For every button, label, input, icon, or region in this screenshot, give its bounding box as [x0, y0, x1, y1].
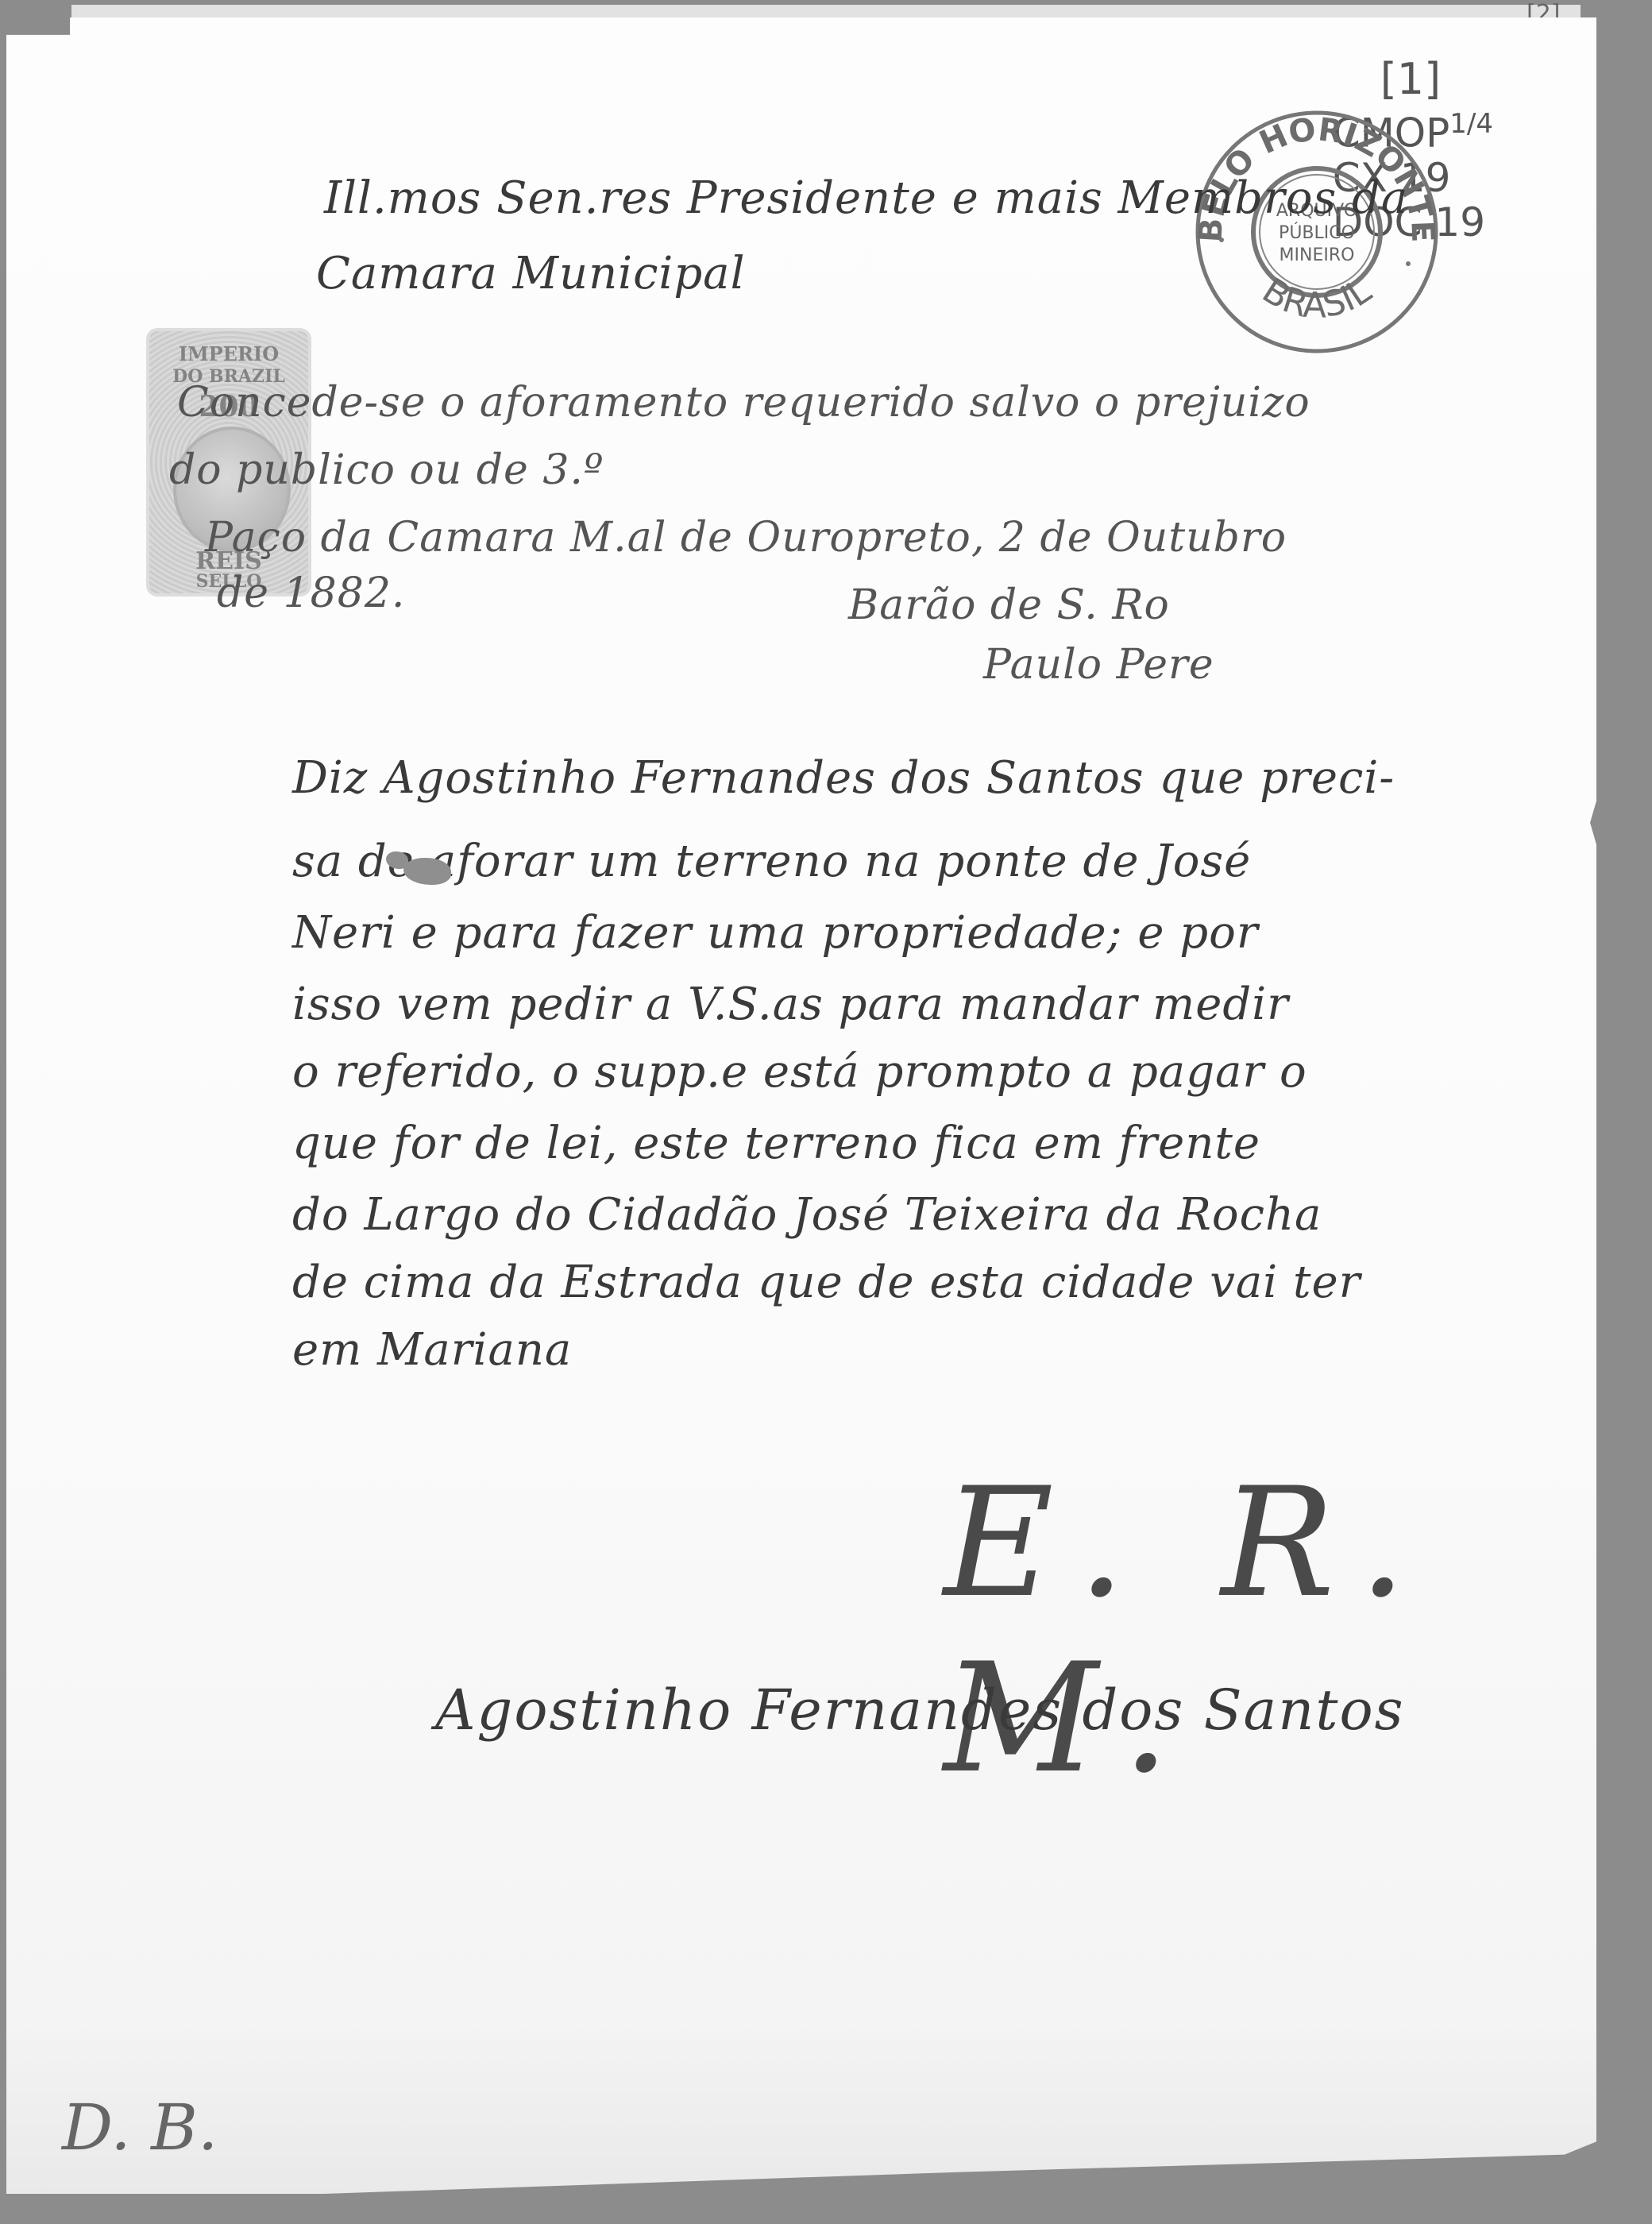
petition-line-6: que for de lei, este terreno fica em fre…	[292, 1118, 1260, 1169]
petition-line-8: de cima da Estrada que de esta cidade va…	[292, 1257, 1361, 1308]
manuscript-page: [1] CMOP1/4 CX 19 DOC 19 BELO HORIZONTE …	[6, 17, 1596, 2194]
dispatch-line-3: Paço da Camara M.al de Ouropreto, 2 de O…	[205, 514, 1287, 562]
dispatch-line-1: Concede-se o aforamento requerido salvo …	[177, 379, 1310, 427]
petition-line-9: em Mariana	[292, 1324, 572, 1376]
archive-seal-stamp: BELO HORIZONTE BRASIL ARQUIVO PÚBLICO MI…	[1190, 105, 1444, 359]
margin-initials: D. B.	[62, 2091, 218, 2164]
petitioner-signature: Agostinho Fernandes dos Santos	[435, 1678, 1405, 1743]
petition-line-4: isso vem pedir a V.S.as para mandar medi…	[292, 979, 1289, 1030]
dispatch-signature-1: Barão de S. Ro	[848, 581, 1170, 629]
dispatch-line-2: do publico ou de 3.º	[169, 446, 604, 494]
ink-stain	[386, 851, 408, 869]
dispatch-line-4: de 1882.	[217, 570, 405, 617]
page-number: [1]	[1380, 57, 1493, 102]
salutation-line-1: Ill.mos Sen.res Presidente e mais Membro…	[324, 172, 1408, 224]
petition-line-1: Diz Agostinho Fernandes dos Santos que p…	[292, 752, 1395, 804]
petition-line-7: do Largo do Cidadão José Teixeira da Roc…	[292, 1189, 1322, 1241]
salutation-line-2: Camara Municipal	[316, 248, 745, 299]
dispatch-signature-2: Paulo Pere	[983, 641, 1214, 689]
seal-icon: BELO HORIZONTE BRASIL ARQUIVO PÚBLICO MI…	[1190, 105, 1444, 359]
svg-text:PÚBLICO: PÚBLICO	[1279, 222, 1355, 243]
closing-monogram: E. R. M.	[944, 1455, 1596, 1806]
petition-line-3: Neri e para fazer uma propriedade; e por	[292, 907, 1259, 959]
petition-line-5: o referido, o supp.e está prompto a paga…	[292, 1046, 1307, 1098]
svg-text:MINEIRO: MINEIRO	[1280, 245, 1355, 265]
svg-text:BRASIL: BRASIL	[1255, 270, 1379, 326]
